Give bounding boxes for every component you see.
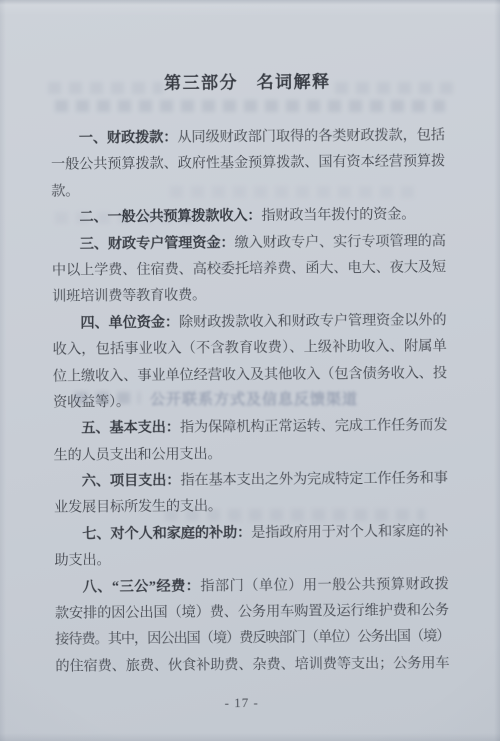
text-line: 二、一般公共预算拨款收入：指财政当年拨付的资金。 <box>51 201 445 231</box>
text-line: 生的人员支出和公用支出。 <box>53 439 447 469</box>
line-text: 一般公共预算拨款、政府性基金预算拨款、国有资本经营预算拨 <box>51 154 445 173</box>
document-title: 第三部分 名词解释 <box>50 68 444 97</box>
line-text: 从同级财政部门取得的各类财政拨款，包括 <box>177 127 445 145</box>
term-label: 八、“三公”经费： <box>83 578 201 595</box>
line-text: 指在基本支出之外为完成特定工作任务和事 <box>180 470 448 488</box>
photographed-document-page: { "document": { "title": "第三部分 名词解释", "p… <box>0 0 500 741</box>
line-text: 指部门（单位）用一般公共预算财政拨 <box>200 576 448 594</box>
line-text: 缴入财政专户、实行专项管理的高 <box>235 233 446 251</box>
text-line: 款。 <box>51 175 445 205</box>
text-line: 业发展目标所发生的支出。 <box>54 492 448 522</box>
text-line: 八、“三公”经费：指部门（单位）用一般公共预算财政拨 <box>55 571 449 601</box>
document-page-content: 第三部分 名词解释 一、财政拨款：从同级财政部门取得的各类财政拨款，包括一般公共… <box>50 68 450 713</box>
text-line: 接待费。其中，因公出国（境）费反映部门（单位）公务出国（境） <box>55 624 449 654</box>
line-text: 款安排的因公出国（境）费、公务用车购置及运行维护费和公务 <box>55 602 449 621</box>
text-line: 七、对个人和家庭的补助：是指政府用于对个人和家庭的补 <box>54 518 448 548</box>
line-text: 训班培训费等教育收费。 <box>52 288 206 305</box>
line-text: 接待费。其中，因公出国（境）费反映部门（单位）公务出国（境） <box>55 629 449 648</box>
text-line: 训班培训费等教育收费。 <box>52 281 446 311</box>
term-label: 三、财政专户管理资金： <box>80 235 235 252</box>
line-text: 位上缴收入、事业单位经营收入及其他收入（包含债务收入、投 <box>53 365 447 384</box>
line-text: 指财政当年拨付的资金。 <box>261 207 415 224</box>
line-text: 除财政拨款收入和财政专户管理资金以外的 <box>179 312 447 330</box>
line-text: 的住宿费、旅费、伙食补助费、杂费、培训费等支出；公务用车 <box>55 655 449 674</box>
line-text: 收入，包括事业收入（不含教育收费）、上级补助收入、附属单 <box>53 338 447 357</box>
line-text: 生的人员支出和公用支出。 <box>53 446 221 463</box>
line-text: 是指政府用于对个人和家庭的补 <box>251 523 448 541</box>
term-label: 五、基本支出： <box>81 420 180 437</box>
page-number: - 17 - <box>45 694 439 713</box>
text-body: 一、财政拨款：从同级财政部门取得的各类财政拨款，包括一般公共预算拨款、政府性基金… <box>51 122 450 680</box>
line-text: 助支出。 <box>54 552 110 568</box>
text-line: 六、项目支出：指在基本支出之外为完成特定工作任务和事 <box>54 465 448 495</box>
term-label: 四、单位资金： <box>80 314 179 331</box>
text-line: 收入，包括事业收入（不含教育收费）、上级补助收入、附属单 <box>53 333 447 363</box>
line-text: 中以上学费、住宿费、高校委托培养费、函大、电大、夜大及短 <box>52 259 446 278</box>
text-line: 中以上学费、住宿费、高校委托培养费、函大、电大、夜大及短 <box>52 254 446 284</box>
term-label: 二、一般公共预算拨款收入： <box>79 208 261 226</box>
text-line: 位上缴收入、事业单位经营收入及其他收入（包含债务收入、投 <box>53 360 447 390</box>
term-label: 六、项目支出： <box>82 473 181 490</box>
term-label: 一、财政拨款： <box>79 130 178 147</box>
text-line: 五、基本支出：指为保障机构正常运转、完成工作任务而发 <box>53 413 447 443</box>
text-line: 款安排的因公出国（境）费、公务用车购置及运行维护费和公务 <box>55 597 449 627</box>
term-label: 七、对个人和家庭的补助： <box>82 525 251 542</box>
text-line: 资收益等）。 <box>53 386 447 416</box>
line-text: 款。 <box>51 183 79 199</box>
text-line: 的住宿费、旅费、伙食补助费、杂费、培训费等支出；公务用车 <box>55 650 449 680</box>
text-line: 助支出。 <box>54 545 448 575</box>
text-line: 四、单位资金：除财政拨款收入和财政专户管理资金以外的 <box>52 307 446 337</box>
line-text: 指为保障机构正常运转、完成工作任务而发 <box>180 418 448 436</box>
text-line: 一般公共预算拨款、政府性基金预算拨款、国有资本经营预算拨 <box>51 149 445 179</box>
text-line: 三、财政专户管理资金：缴入财政专户、实行专项管理的高 <box>52 228 446 258</box>
line-text: 业发展目标所发生的支出。 <box>54 499 222 516</box>
line-text: 资收益等）。 <box>53 394 130 411</box>
text-line: 一、财政拨款：从同级财政部门取得的各类财政拨款，包括 <box>51 122 445 152</box>
